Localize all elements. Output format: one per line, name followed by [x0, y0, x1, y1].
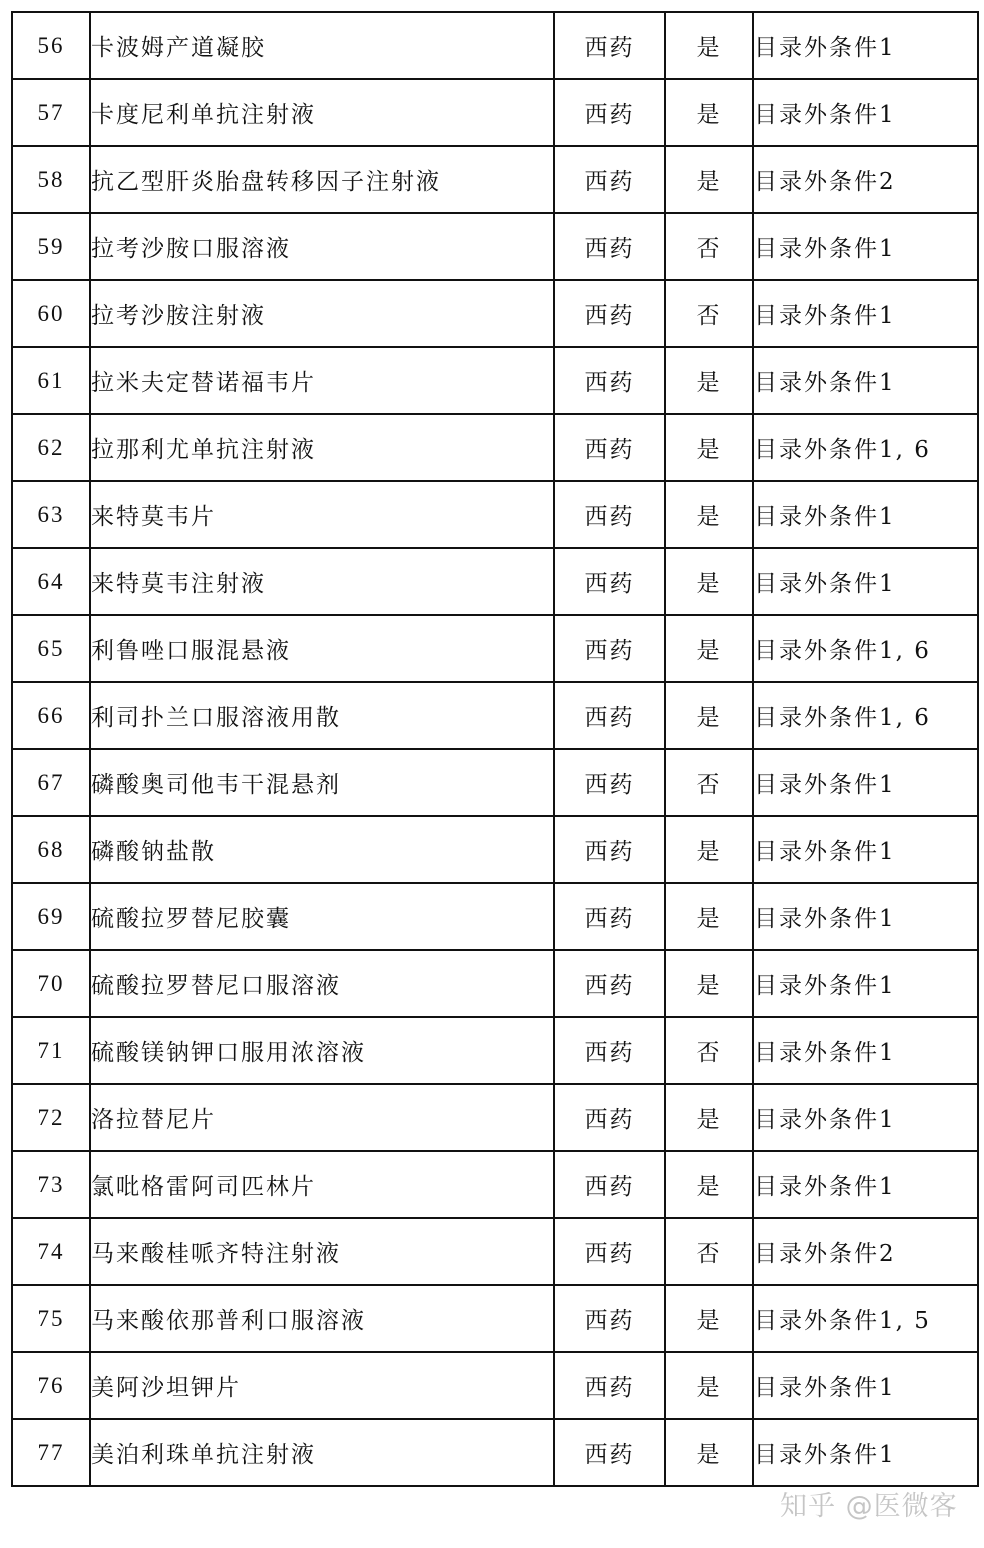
drug-type-cell: 西药: [554, 1084, 665, 1151]
table-row: 63来特莫韦片西药是目录外条件1: [12, 481, 978, 548]
condition-cell: 目录外条件1: [753, 1419, 978, 1486]
drug-type-cell: 西药: [554, 1419, 665, 1486]
table-row: 56卡波姆产道凝胶西药是目录外条件1: [12, 12, 978, 79]
flag-cell: 是: [665, 1419, 753, 1486]
condition-cell: 目录外条件1, 6: [753, 615, 978, 682]
drug-type-cell: 西药: [554, 1285, 665, 1352]
row-number-cell: 71: [12, 1017, 90, 1084]
condition-cell: 目录外条件1: [753, 950, 978, 1017]
drug-name-cell: 利鲁唑口服混悬液: [90, 615, 554, 682]
drug-type-cell: 西药: [554, 883, 665, 950]
drug-type-cell: 西药: [554, 280, 665, 347]
condition-cell: 目录外条件2: [753, 1218, 978, 1285]
drug-name-cell: 氯吡格雷阿司匹林片: [90, 1151, 554, 1218]
flag-cell: 是: [665, 816, 753, 883]
drug-name-cell: 拉考沙胺注射液: [90, 280, 554, 347]
drug-type-cell: 西药: [554, 682, 665, 749]
flag-cell: 否: [665, 749, 753, 816]
condition-cell: 目录外条件1: [753, 1151, 978, 1218]
condition-cell: 目录外条件1: [753, 548, 978, 615]
drug-name-cell: 硫酸拉罗替尼口服溶液: [90, 950, 554, 1017]
table-row: 75马来酸依那普利口服溶液西药是目录外条件1, 5: [12, 1285, 978, 1352]
drug-name-cell: 马来酸桂哌齐特注射液: [90, 1218, 554, 1285]
table-row: 61拉米夫定替诺福韦片西药是目录外条件1: [12, 347, 978, 414]
drug-name-cell: 拉那利尤单抗注射液: [90, 414, 554, 481]
flag-cell: 否: [665, 213, 753, 280]
table-row: 64来特莫韦注射液西药是目录外条件1: [12, 548, 978, 615]
flag-cell: 否: [665, 1017, 753, 1084]
drug-name-cell: 利司扑兰口服溶液用散: [90, 682, 554, 749]
drug-type-cell: 西药: [554, 146, 665, 213]
drug-name-cell: 马来酸依那普利口服溶液: [90, 1285, 554, 1352]
drug-name-cell: 来特莫韦片: [90, 481, 554, 548]
condition-cell: 目录外条件1: [753, 12, 978, 79]
condition-cell: 目录外条件1, 6: [753, 682, 978, 749]
flag-cell: 是: [665, 79, 753, 146]
drug-type-cell: 西药: [554, 12, 665, 79]
row-number-cell: 56: [12, 12, 90, 79]
flag-cell: 是: [665, 146, 753, 213]
row-number-cell: 58: [12, 146, 90, 213]
drug-type-cell: 西药: [554, 816, 665, 883]
watermark: 知乎 @医微客: [780, 1484, 958, 1523]
drug-type-cell: 西药: [554, 548, 665, 615]
row-number-cell: 66: [12, 682, 90, 749]
drug-type-cell: 西药: [554, 1218, 665, 1285]
flag-cell: 是: [665, 950, 753, 1017]
flag-cell: 是: [665, 12, 753, 79]
table-row: 58抗乙型肝炎胎盘转移因子注射液西药是目录外条件2: [12, 146, 978, 213]
table-row: 59拉考沙胺口服溶液西药否目录外条件1: [12, 213, 978, 280]
drug-name-cell: 硫酸镁钠钾口服用浓溶液: [90, 1017, 554, 1084]
flag-cell: 是: [665, 347, 753, 414]
drug-type-cell: 西药: [554, 347, 665, 414]
flag-cell: 是: [665, 1084, 753, 1151]
row-number-cell: 61: [12, 347, 90, 414]
drug-name-cell: 抗乙型肝炎胎盘转移因子注射液: [90, 146, 554, 213]
row-number-cell: 64: [12, 548, 90, 615]
row-number-cell: 69: [12, 883, 90, 950]
table-row: 70硫酸拉罗替尼口服溶液西药是目录外条件1: [12, 950, 978, 1017]
drug-type-cell: 西药: [554, 481, 665, 548]
condition-cell: 目录外条件1: [753, 1017, 978, 1084]
condition-cell: 目录外条件1: [753, 749, 978, 816]
condition-cell: 目录外条件1, 5: [753, 1285, 978, 1352]
flag-cell: 是: [665, 883, 753, 950]
table-body: 56卡波姆产道凝胶西药是目录外条件157卡度尼利单抗注射液西药是目录外条件158…: [12, 12, 978, 1486]
row-number-cell: 57: [12, 79, 90, 146]
table-row: 74马来酸桂哌齐特注射液西药否目录外条件2: [12, 1218, 978, 1285]
table-row: 73氯吡格雷阿司匹林片西药是目录外条件1: [12, 1151, 978, 1218]
row-number-cell: 62: [12, 414, 90, 481]
row-number-cell: 65: [12, 615, 90, 682]
condition-cell: 目录外条件1: [753, 280, 978, 347]
row-number-cell: 77: [12, 1419, 90, 1486]
flag-cell: 否: [665, 1218, 753, 1285]
table-row: 68磷酸钠盐散西药是目录外条件1: [12, 816, 978, 883]
table-row: 67磷酸奥司他韦干混悬剂西药否目录外条件1: [12, 749, 978, 816]
flag-cell: 是: [665, 682, 753, 749]
drug-name-cell: 拉考沙胺口服溶液: [90, 213, 554, 280]
condition-cell: 目录外条件1: [753, 1084, 978, 1151]
flag-cell: 是: [665, 1151, 753, 1218]
row-number-cell: 60: [12, 280, 90, 347]
drug-type-cell: 西药: [554, 213, 665, 280]
drug-name-cell: 磷酸奥司他韦干混悬剂: [90, 749, 554, 816]
row-number-cell: 76: [12, 1352, 90, 1419]
table-row: 77美泊利珠单抗注射液西药是目录外条件1: [12, 1419, 978, 1486]
condition-cell: 目录外条件1: [753, 481, 978, 548]
table-row: 66利司扑兰口服溶液用散西药是目录外条件1, 6: [12, 682, 978, 749]
flag-cell: 是: [665, 414, 753, 481]
row-number-cell: 73: [12, 1151, 90, 1218]
table-row: 76美阿沙坦钾片西药是目录外条件1: [12, 1352, 978, 1419]
flag-cell: 是: [665, 1285, 753, 1352]
condition-cell: 目录外条件1: [753, 816, 978, 883]
flag-cell: 否: [665, 280, 753, 347]
table-row: 69硫酸拉罗替尼胶囊西药是目录外条件1: [12, 883, 978, 950]
table-row: 72洛拉替尼片西药是目录外条件1: [12, 1084, 978, 1151]
row-number-cell: 63: [12, 481, 90, 548]
drug-type-cell: 西药: [554, 1017, 665, 1084]
drug-type-cell: 西药: [554, 1151, 665, 1218]
drug-name-cell: 硫酸拉罗替尼胶囊: [90, 883, 554, 950]
row-number-cell: 67: [12, 749, 90, 816]
flag-cell: 是: [665, 615, 753, 682]
drug-type-cell: 西药: [554, 950, 665, 1017]
condition-cell: 目录外条件1: [753, 79, 978, 146]
table-row: 60拉考沙胺注射液西药否目录外条件1: [12, 280, 978, 347]
drug-name-cell: 美阿沙坦钾片: [90, 1352, 554, 1419]
condition-cell: 目录外条件2: [753, 146, 978, 213]
drug-type-cell: 西药: [554, 414, 665, 481]
drug-type-cell: 西药: [554, 1352, 665, 1419]
drug-name-cell: 洛拉替尼片: [90, 1084, 554, 1151]
drug-name-cell: 拉米夫定替诺福韦片: [90, 347, 554, 414]
table-row: 65利鲁唑口服混悬液西药是目录外条件1, 6: [12, 615, 978, 682]
row-number-cell: 70: [12, 950, 90, 1017]
row-number-cell: 74: [12, 1218, 90, 1285]
condition-cell: 目录外条件1: [753, 347, 978, 414]
drug-list-table: 56卡波姆产道凝胶西药是目录外条件157卡度尼利单抗注射液西药是目录外条件158…: [11, 11, 979, 1487]
row-number-cell: 72: [12, 1084, 90, 1151]
row-number-cell: 59: [12, 213, 90, 280]
drug-name-cell: 来特莫韦注射液: [90, 548, 554, 615]
row-number-cell: 68: [12, 816, 90, 883]
condition-cell: 目录外条件1: [753, 1352, 978, 1419]
drug-type-cell: 西药: [554, 79, 665, 146]
drug-type-cell: 西药: [554, 749, 665, 816]
row-number-cell: 75: [12, 1285, 90, 1352]
drug-name-cell: 磷酸钠盐散: [90, 816, 554, 883]
drug-name-cell: 卡波姆产道凝胶: [90, 12, 554, 79]
drug-name-cell: 美泊利珠单抗注射液: [90, 1419, 554, 1486]
flag-cell: 是: [665, 481, 753, 548]
table-row: 57卡度尼利单抗注射液西药是目录外条件1: [12, 79, 978, 146]
condition-cell: 目录外条件1: [753, 213, 978, 280]
flag-cell: 是: [665, 548, 753, 615]
drug-name-cell: 卡度尼利单抗注射液: [90, 79, 554, 146]
condition-cell: 目录外条件1: [753, 883, 978, 950]
drug-type-cell: 西药: [554, 615, 665, 682]
document-page: 56卡波姆产道凝胶西药是目录外条件157卡度尼利单抗注射液西药是目录外条件158…: [0, 0, 984, 1548]
condition-cell: 目录外条件1, 6: [753, 414, 978, 481]
table-row: 71硫酸镁钠钾口服用浓溶液西药否目录外条件1: [12, 1017, 978, 1084]
table-row: 62拉那利尤单抗注射液西药是目录外条件1, 6: [12, 414, 978, 481]
flag-cell: 是: [665, 1352, 753, 1419]
